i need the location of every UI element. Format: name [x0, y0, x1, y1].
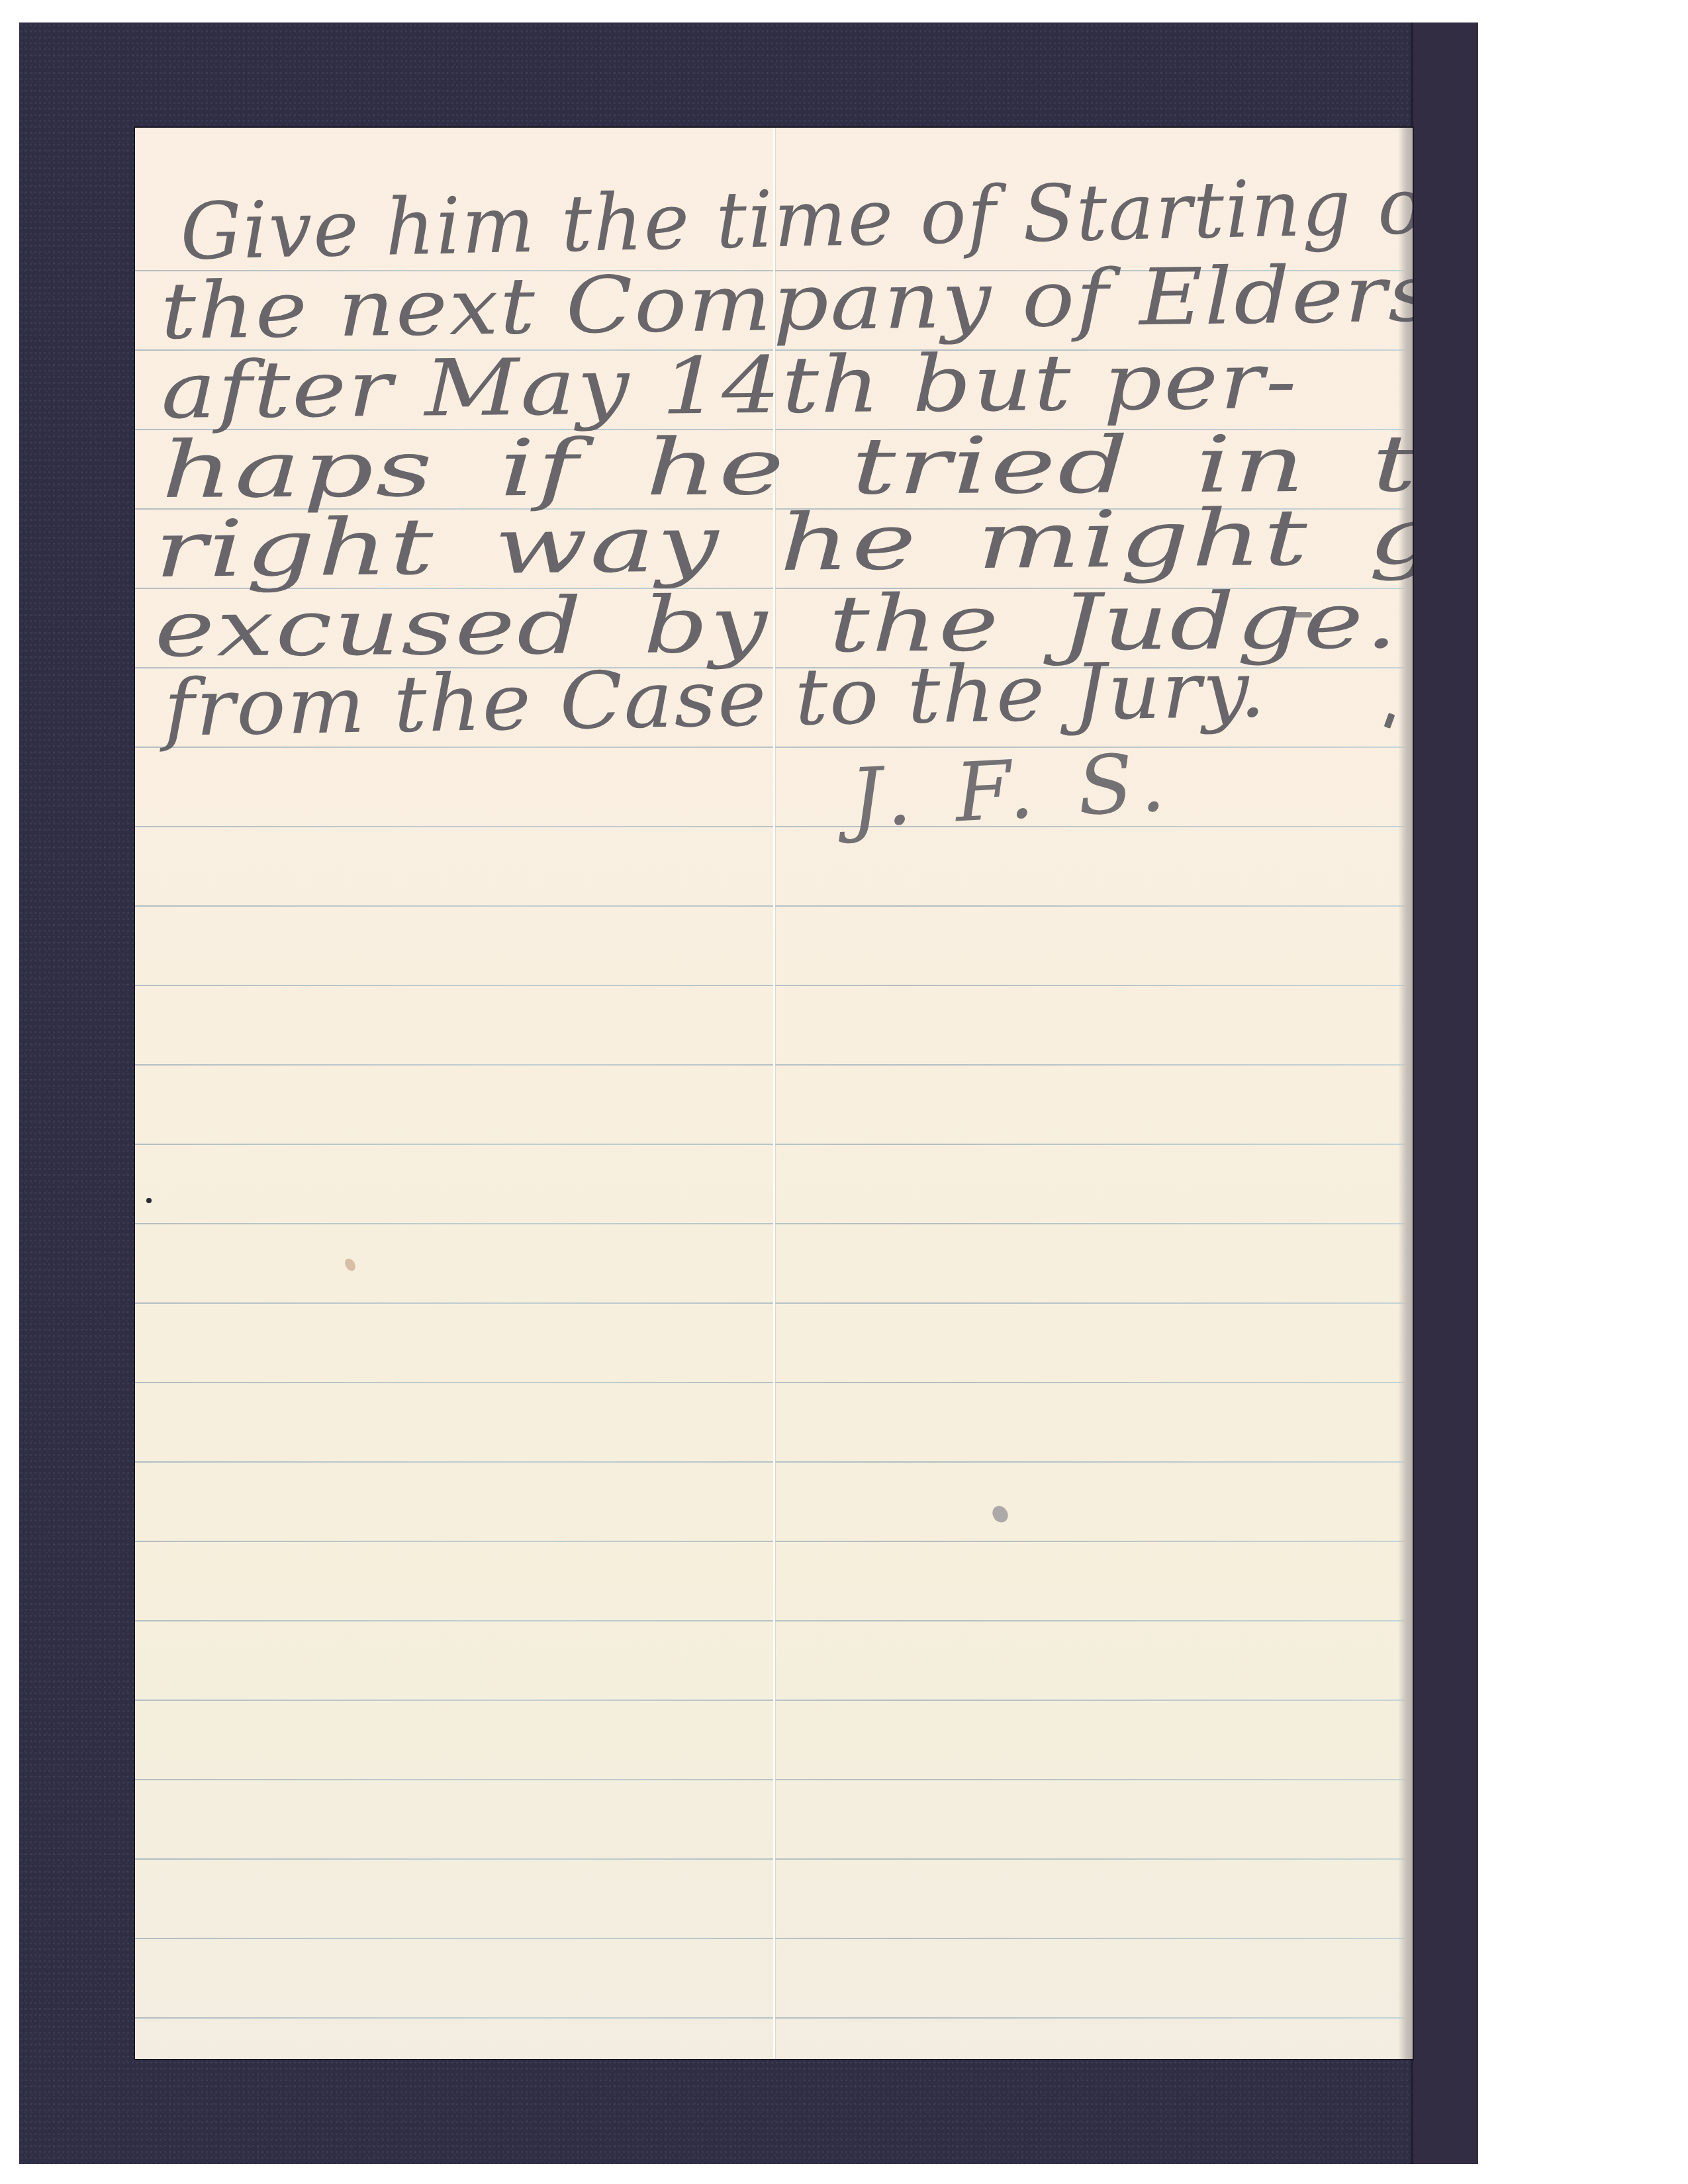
signature-initials: J. F. S.: [848, 735, 1177, 845]
backing-right-flap: [1413, 23, 1478, 2164]
handwritten-line-7: from the Case to the Jury.: [164, 643, 1268, 754]
handwritten-text-block: Give him the time of Starting off the ne…: [135, 128, 1413, 2059]
right-margin-dash: [1287, 612, 1312, 617]
ink-dot: [146, 1198, 152, 1203]
letter-page: Give him the time of Starting off the ne…: [135, 128, 1413, 2059]
